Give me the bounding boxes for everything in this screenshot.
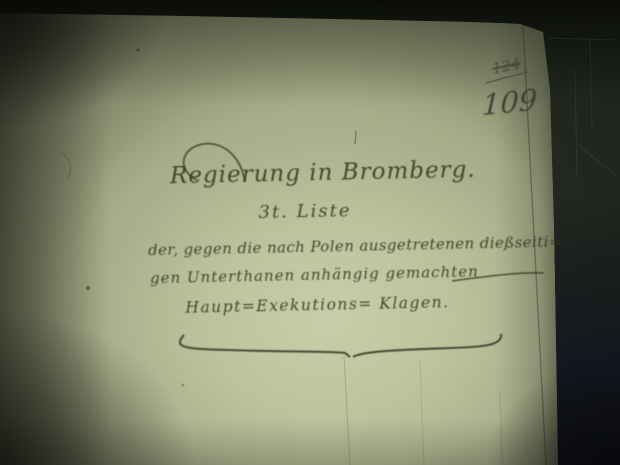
manuscript-photo: 124 109 Regierung in Bromberg. 3t. Liste… [0, 0, 620, 465]
folio-number: 109 [482, 82, 538, 122]
heading-list-number: 3t. Liste [205, 199, 405, 224]
